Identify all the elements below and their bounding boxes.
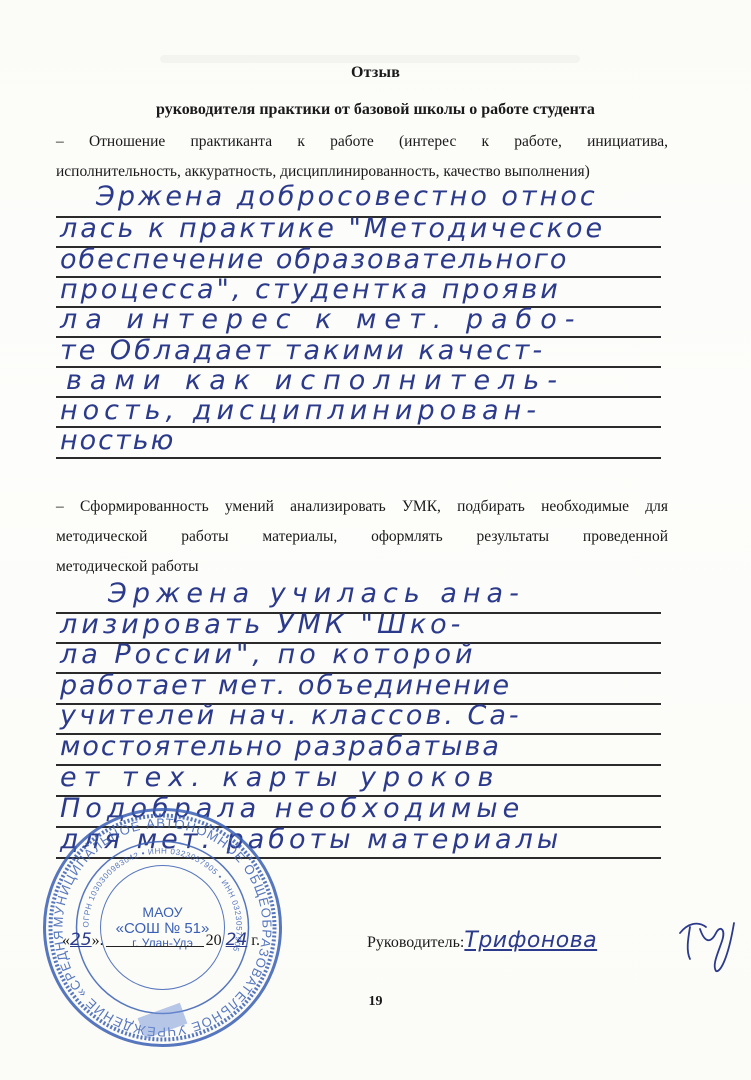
date-year-prefix: 20: [206, 932, 222, 949]
handwritten-line: те Обладает такими качест-: [60, 335, 545, 366]
ruled-line: [56, 457, 661, 459]
section2-prompt-line1: – Сформированность умений анализировать …: [56, 492, 668, 522]
page-number: 19: [0, 994, 751, 1010]
handwritten-line: ностью: [60, 425, 175, 456]
date-field: «25».20 24 г.: [62, 930, 260, 950]
section2-prompt: – Сформированность умений анализировать …: [56, 492, 668, 582]
handwritten-line: процесса", студентка прояви: [60, 274, 561, 305]
handwritten-line: для мет. работы материалы: [60, 824, 562, 855]
date-open-quote: «: [62, 932, 70, 949]
supervisor-name: Трифонова: [464, 928, 597, 953]
document-subtitle: руководителя практики от базовой школы о…: [0, 101, 751, 119]
handwritten-line: вами как исполнитель-: [66, 365, 565, 396]
handwritten-line: Подобрала необходимые: [60, 793, 524, 824]
handwritten-line: обеспечение образовательного: [60, 244, 568, 275]
date-day: 25: [70, 930, 92, 950]
document-title: Отзыв: [0, 64, 751, 82]
handwritten-line: ет тех. карты уроков: [60, 762, 500, 793]
handwritten-line: ность, дисциплинирован-: [60, 395, 541, 426]
supervisor-signature-field: Руководитель:Трифонова: [367, 928, 597, 953]
handwritten-line: учителей нач. классов. Са-: [60, 700, 522, 731]
supervisor-label: Руководитель:: [367, 934, 464, 951]
handwritten-line: лизировать УМК "Шко-: [60, 609, 464, 640]
section1-prompt: – Отношение практиканта к работе (интере…: [56, 127, 668, 187]
handwritten-line: ла России", по которой: [60, 639, 477, 670]
handwritten-line: Эржена добросовестно относ: [96, 181, 598, 212]
signature-scribble-icon: [676, 915, 740, 975]
section1-prompt-line1: – Отношение практиканта к работе (интере…: [56, 127, 668, 157]
date-month-blank: [106, 946, 204, 947]
date-close-quote: ».: [92, 932, 104, 949]
section2-prompt-line2: методической работы материалы, оформлять…: [56, 522, 668, 552]
handwritten-line: Эржена училась ана-: [108, 578, 525, 609]
bleed-through-shadow: [160, 55, 580, 63]
ruled-line: [56, 857, 661, 859]
date-year: 24: [226, 930, 248, 950]
handwritten-line: ла интерес к мет. рабо-: [60, 304, 582, 335]
date-suffix: г.: [251, 932, 260, 949]
handwritten-line: мостоятельно разрабатыва: [60, 731, 501, 762]
handwritten-line: лась к практике "Методическое: [60, 213, 605, 244]
handwritten-line: работает мет. объединение: [60, 670, 511, 701]
